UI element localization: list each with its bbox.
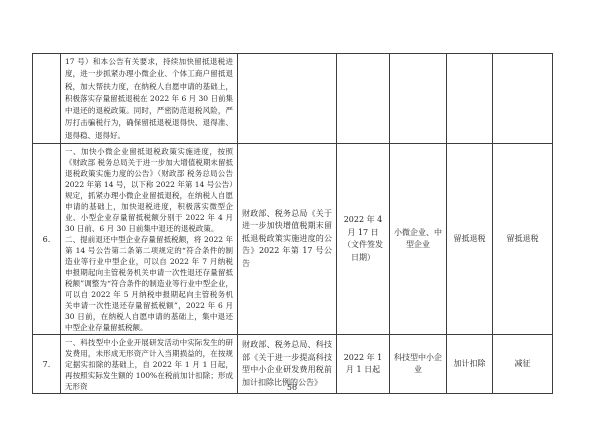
row-number-cell: 6. <box>33 144 61 335</box>
policy-type-cell <box>447 54 493 144</box>
relief-type-cell: 留抵退税 <box>493 144 553 335</box>
relief-type-cell <box>493 54 553 144</box>
row-number-cell <box>33 54 61 144</box>
effective-date-cell <box>337 54 390 144</box>
applicable-subject-cell: 小微企业、中型企业 <box>390 144 447 335</box>
policy-table: 17 号）和本公告有关要求，持续加快留抵退税进度，进一步抓紧办理小微企业、个体工… <box>32 53 553 394</box>
applicable-subject-cell <box>390 54 447 144</box>
document-basis-cell: 财政部、税务总局《关于进一步加快增值税期末留抵退税政策实施进度的公告》2022 … <box>238 144 337 335</box>
policy-content-cell: 一、加快小微企业留抵退税政策实施进度，按照《财政部 税务总局关于进一步加大增值税… <box>61 144 238 335</box>
policy-paragraph: 一、加快小微企业留抵退税政策实施进度，按照《财政部 税务总局关于进一步加大增值税… <box>65 146 233 234</box>
table-row-6: 6. 一、加快小微企业留抵退税政策实施进度，按照《财政部 税务总局关于进一步加大… <box>33 144 553 335</box>
page-number: 56 <box>32 383 552 392</box>
policy-paragraph: 二、提前退还中型企业存量留抵税额，将 2022 年第 14 号公告第二条第二项规… <box>65 234 233 333</box>
document-page: 17 号）和本公告有关要求，持续加快留抵退税进度，进一步抓紧办理小微企业、个体工… <box>0 0 600 424</box>
document-basis-cell <box>238 54 337 144</box>
effective-date-cell: 2022 年 4 月 17 日（文件签发日期） <box>337 144 390 335</box>
table-row-continued: 17 号）和本公告有关要求，持续加快留抵退税进度，进一步抓紧办理小微企业、个体工… <box>33 54 553 144</box>
policy-type-cell: 留抵退税 <box>447 144 493 335</box>
policy-paragraph: 17 号）和本公告有关要求，持续加快留抵退税进度，进一步抓紧办理小微企业、个体工… <box>65 56 233 142</box>
policy-content-cell: 17 号）和本公告有关要求，持续加快留抵退税进度，进一步抓紧办理小微企业、个体工… <box>61 54 238 144</box>
